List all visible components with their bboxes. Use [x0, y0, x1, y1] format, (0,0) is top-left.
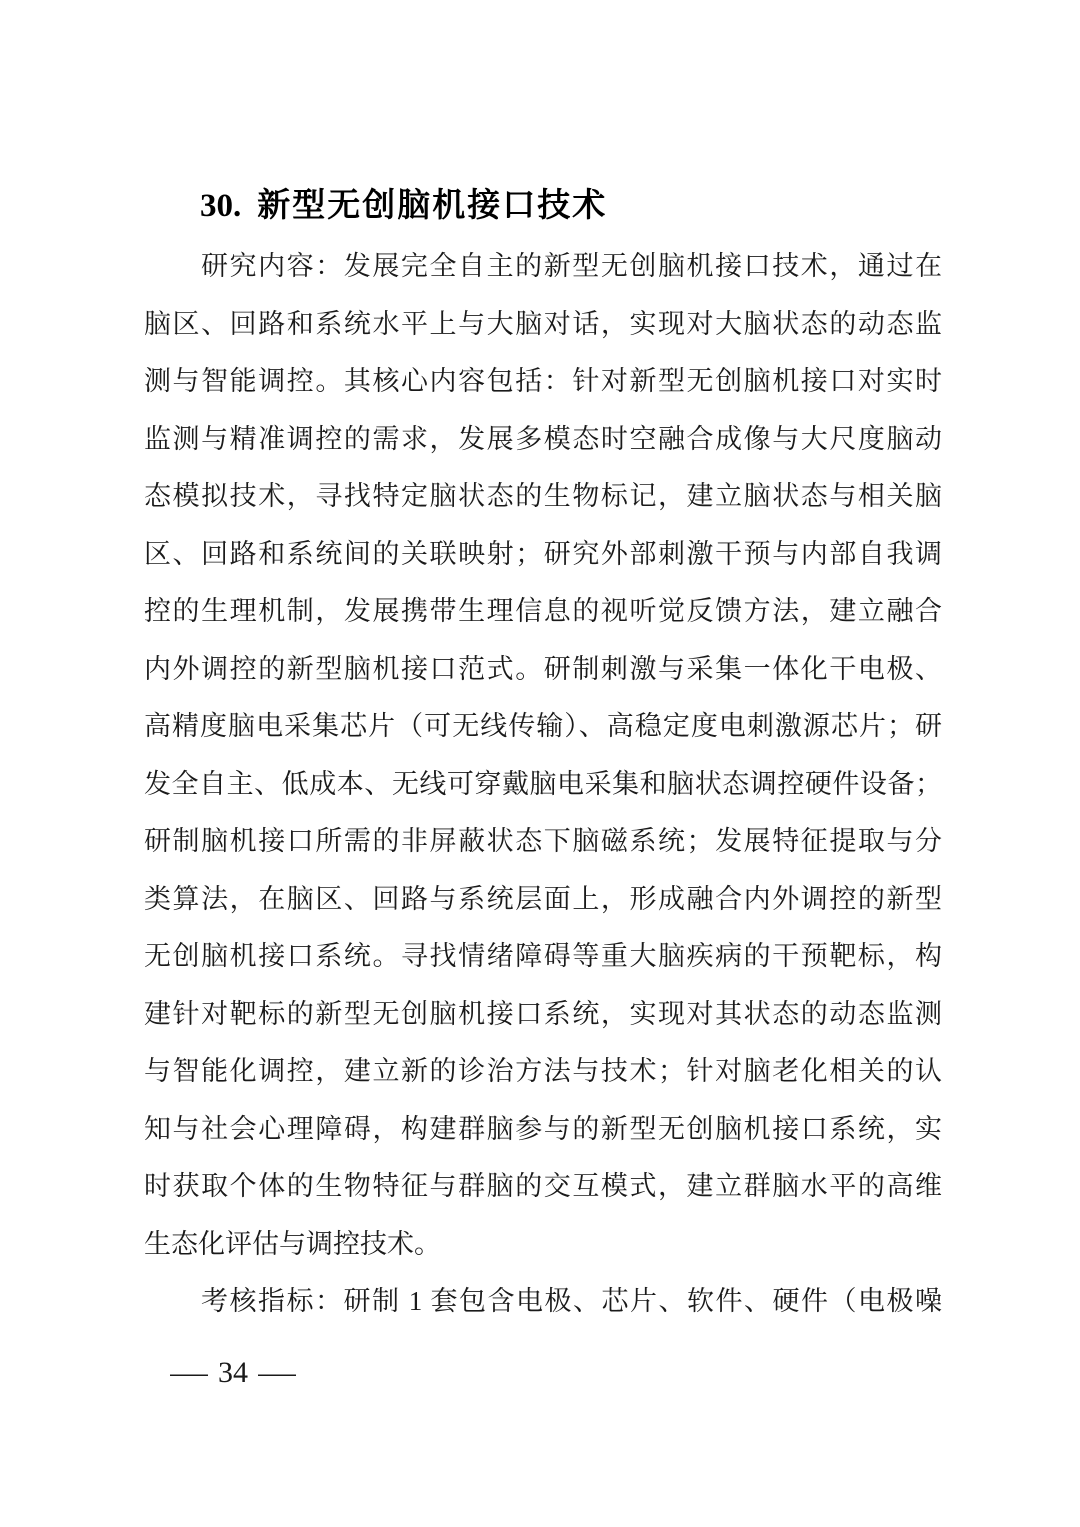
text-line: 内外调控的新型脑机接口范式。研制刺激与采集一体化干电极、 — [144, 641, 942, 699]
text-line: 高精度脑电采集芯片（可无线传输）、高稳定度电刺激源芯片；研 — [144, 698, 942, 756]
text-line: 类算法，在脑区、回路与系统层面上，形成融合内外调控的新型 — [144, 871, 942, 929]
text-line: 监测与精准调控的需求，发展多模态时空融合成像与大尺度脑动 — [144, 411, 942, 469]
text-line: 发全自主、低成本、无线可穿戴脑电采集和脑状态调控硬件设备； — [144, 756, 942, 814]
text-line: 脑区、回路和系统水平上与大脑对话，实现对大脑状态的动态监 — [144, 296, 942, 354]
text-line: 与智能化调控，建立新的诊治方法与技术；针对脑老化相关的认 — [144, 1043, 942, 1101]
text-line: 无创脑机接口系统。寻找情绪障碍等重大脑疾病的干预靶标，构 — [144, 928, 942, 986]
text-line: 态模拟技术，寻找特定脑状态的生物标记，建立脑状态与相关脑 — [144, 468, 942, 526]
text-line: 控的生理机制，发展携带生理信息的视听觉反馈方法，建立融合 — [144, 583, 942, 641]
text-line: 研制脑机接口所需的非屏蔽状态下脑磁系统；发展特征提取与分 — [144, 813, 942, 871]
body-text: 研究内容：发展完全自主的新型无创脑机接口技术，通过在脑区、回路和系统水平上与大脑… — [144, 238, 942, 1331]
section-title: 新型无创脑机接口技术 — [257, 188, 607, 224]
document-page: 30.新型无创脑机接口技术 研究内容：发展完全自主的新型无创脑机接口技术，通过在… — [0, 0, 1080, 1527]
text-line: 时获取个体的生物特征与群脑的交互模式，建立群脑水平的高维 — [144, 1158, 942, 1216]
footer-left-dash: — — [170, 1356, 208, 1390]
text-line: 生态化评估与调控技术。 — [144, 1216, 942, 1274]
footer-right-dash: — — [258, 1356, 296, 1390]
section-number: 30. — [200, 188, 241, 224]
text-line: 考核指标：研制 1 套包含电极、芯片、软件、硬件（电极噪 — [144, 1273, 942, 1331]
section-heading: 30.新型无创脑机接口技术 — [200, 184, 607, 228]
page-footer: —34— — [174, 1356, 292, 1390]
text-line: 测与智能调控。其核心内容包括：针对新型无创脑机接口对实时 — [144, 353, 942, 411]
text-line: 建针对靶标的新型无创脑机接口系统，实现对其状态的动态监测 — [144, 986, 942, 1044]
text-line: 区、回路和系统间的关联映射；研究外部刺激干预与内部自我调 — [144, 526, 942, 584]
page-number: 34 — [218, 1356, 248, 1390]
text-line: 研究内容：发展完全自主的新型无创脑机接口技术，通过在 — [144, 238, 942, 296]
text-line: 知与社会心理障碍，构建群脑参与的新型无创脑机接口系统，实 — [144, 1101, 942, 1159]
